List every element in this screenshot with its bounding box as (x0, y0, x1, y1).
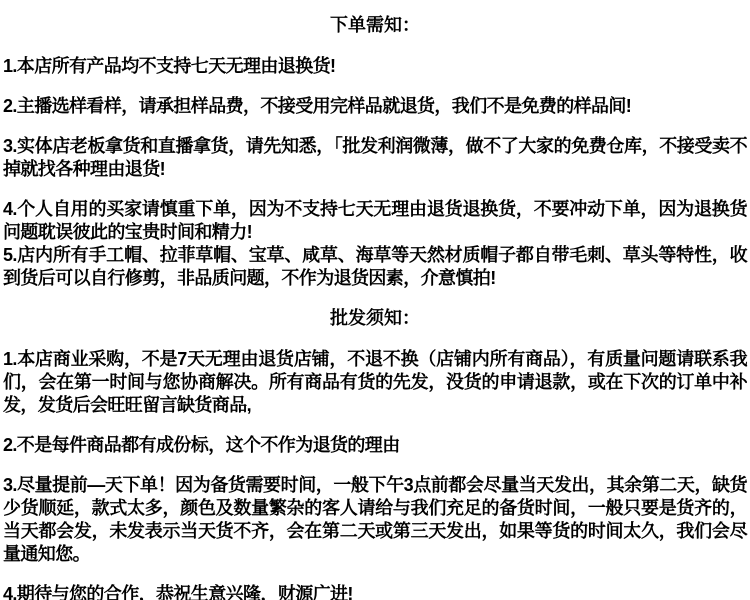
wholesale-notice-section: 批发须知： 1.本店商业采购，不是7天无理由退货店铺，不退不换（店铺内所有商品）… (3, 307, 747, 600)
order-notice-title: 下单需知： (3, 14, 747, 37)
notice-item: 4.个人自用的买家请慎重下单，因为不支持七天无理由退货退换货，不要冲动下单，因为… (3, 198, 747, 244)
notice-item: 4.期待与您的合作，恭祝生意兴隆，财源广进! (3, 583, 747, 600)
notice-item: 3.实体店老板拿货和直播拿货，请先知悉，「批发利润微薄，做不了大家的免费仓库，不… (3, 135, 747, 181)
notice-item: 2.主播选样看样，请承担样品费，不接受用完样品就退货，我们不是免费的样品间! (3, 95, 747, 118)
notice-item: 2.不是每件商品都有成份标，这个不作为退货的理由 (3, 434, 747, 457)
order-notice-section: 下单需知： 1.本店所有产品均不支持七天无理由退换货! 2.主播选样看样，请承担… (3, 14, 747, 290)
notice-item: 1.本店商业采购，不是7天无理由退货店铺，不退不换（店铺内所有商品），有质量问题… (3, 348, 747, 417)
notice-document: 下单需知： 1.本店所有产品均不支持七天无理由退换货! 2.主播选样看样，请承担… (0, 0, 750, 600)
wholesale-notice-title: 批发须知： (3, 307, 747, 330)
notice-item: 5.店内所有手工帽、拉菲草帽、宝草、咸草、海草等天然材质帽子都自带毛刺、草头等特… (3, 244, 747, 290)
notice-item: 3.尽量提前—天下单！因为备货需要时间，一般下午3点前都会尽量当天发出，其余第二… (3, 474, 747, 566)
notice-item: 1.本店所有产品均不支持七天无理由退换货! (3, 55, 747, 78)
